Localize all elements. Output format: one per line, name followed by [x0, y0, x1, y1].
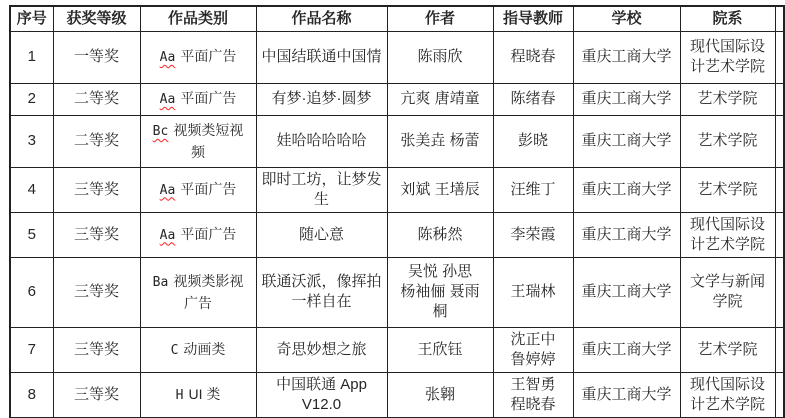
cropped-column-cell: [775, 83, 784, 115]
cell-teachers: 彭晓: [493, 115, 573, 167]
col-header-title: 作品名称: [256, 6, 387, 31]
cell-teachers: 沈正中 鲁婷婷: [493, 327, 573, 372]
cell-no: 5: [10, 212, 53, 257]
category-label: 动画类: [183, 341, 225, 357]
cell-title: 随心意: [256, 212, 387, 257]
table-row: 5 三等奖 Aa平面广告 随心意 陈秭然 李荣霞 重庆工商大学 现代国际设计艺术…: [10, 212, 784, 257]
category-label: 平面广告: [180, 181, 236, 197]
cell-no: 6: [10, 257, 53, 327]
cell-authors: 陈雨欣: [387, 31, 493, 83]
cell-category: Bc视频类短视频: [140, 115, 256, 167]
cell-no: 4: [10, 167, 53, 212]
category-code: H: [176, 388, 184, 403]
cell-category: C动画类: [140, 327, 256, 372]
col-header-school: 学校: [573, 6, 680, 31]
cell-department: 艺术学院: [680, 115, 775, 167]
cell-award-level: 三等奖: [53, 372, 140, 418]
cell-authors: 刘斌 王墡辰: [387, 167, 493, 212]
category-code: Aa: [160, 228, 176, 243]
category-code: Aa: [160, 183, 176, 198]
category-label: 平面广告: [180, 48, 236, 64]
cell-title: 有梦·追梦·圆梦: [256, 83, 387, 115]
cropped-column-cell: [775, 372, 784, 418]
cell-category: Aa平面广告: [140, 167, 256, 212]
cropped-column-header: [775, 6, 784, 31]
cell-authors: 陈秭然: [387, 212, 493, 257]
cell-department: 艺术学院: [680, 167, 775, 212]
col-header-award-level: 获奖等级: [53, 6, 140, 31]
cell-teachers: 李荣霞: [493, 212, 573, 257]
cell-department: 现代国际设计艺术学院: [680, 372, 775, 418]
cell-category: HUI 类: [140, 372, 256, 418]
cropped-column-cell: [775, 31, 784, 83]
cropped-column-cell: [775, 257, 784, 327]
cell-school: 重庆工商大学: [573, 372, 680, 418]
category-code: Ba: [153, 275, 169, 290]
cell-category: Ba视频类影视广告: [140, 257, 256, 327]
table-row: 1 一等奖 Aa平面广告 中国结联通中国情 陈雨欣 程晓春 重庆工商大学 现代国…: [10, 31, 784, 83]
cell-department: 艺术学院: [680, 327, 775, 372]
cell-department: 现代国际设计艺术学院: [680, 212, 775, 257]
cell-title: 联通沃派，像挥拍一样自在: [256, 257, 387, 327]
cell-teachers: 王瑞林: [493, 257, 573, 327]
table-row: 3 二等奖 Bc视频类短视频 娃哈哈哈哈哈 张美垚 杨蕾 彭晓 重庆工商大学 艺…: [10, 115, 784, 167]
col-header-category: 作品类别: [140, 6, 256, 31]
cell-authors: 亢爽 唐靖童: [387, 83, 493, 115]
category-label: UI 类: [188, 386, 220, 402]
col-header-teachers: 指导教师: [493, 6, 573, 31]
col-header-department: 院系: [680, 6, 775, 31]
cell-school: 重庆工商大学: [573, 257, 680, 327]
category-code: Aa: [160, 50, 176, 65]
cell-award-level: 三等奖: [53, 167, 140, 212]
cell-teachers: 汪维丁: [493, 167, 573, 212]
table-row: 4 三等奖 Aa平面广告 即时工坊，让梦发生 刘斌 王墡辰 汪维丁 重庆工商大学…: [10, 167, 784, 212]
cell-category: Aa平面广告: [140, 212, 256, 257]
cell-authors: 张美垚 杨蕾: [387, 115, 493, 167]
cell-school: 重庆工商大学: [573, 31, 680, 83]
cell-title: 娃哈哈哈哈哈: [256, 115, 387, 167]
col-header-no: 序号: [10, 6, 53, 31]
category-label: 视频类影视广告: [173, 273, 243, 311]
cell-department: 文学与新闻学院: [680, 257, 775, 327]
cell-school: 重庆工商大学: [573, 167, 680, 212]
cropped-column-cell: [775, 327, 784, 372]
cell-school: 重庆工商大学: [573, 115, 680, 167]
cell-authors: 吴悦 孙思 杨袖俪 聂雨桐: [387, 257, 493, 327]
cell-school: 重庆工商大学: [573, 83, 680, 115]
awards-table: 序号 获奖等级 作品类别 作品名称 作者 指导教师 学校 院系 1 一等奖 Aa…: [9, 5, 785, 418]
col-header-authors: 作者: [387, 6, 493, 31]
category-code: Bc: [153, 124, 169, 139]
cell-title: 中国结联通中国情: [256, 31, 387, 83]
cell-teachers: 程晓春: [493, 31, 573, 83]
cell-title: 即时工坊，让梦发生: [256, 167, 387, 212]
cell-award-level: 一等奖: [53, 31, 140, 83]
table-row: 8 三等奖 HUI 类 中国联通 App V12.0 张翱 王智勇 程晓春 重庆…: [10, 372, 784, 418]
cell-award-level: 三等奖: [53, 212, 140, 257]
document-page: 序号 获奖等级 作品类别 作品名称 作者 指导教师 学校 院系 1 一等奖 Aa…: [9, 5, 785, 418]
cell-teachers: 王智勇 程晓春: [493, 372, 573, 418]
cropped-column-cell: [775, 167, 784, 212]
cell-department: 艺术学院: [680, 83, 775, 115]
cell-school: 重庆工商大学: [573, 327, 680, 372]
cell-title: 中国联通 App V12.0: [256, 372, 387, 418]
cropped-column-cell: [775, 115, 784, 167]
cell-teachers: 陈绪春: [493, 83, 573, 115]
header-row: 序号 获奖等级 作品类别 作品名称 作者 指导教师 学校 院系: [10, 6, 784, 31]
cell-category: Aa平面广告: [140, 83, 256, 115]
cell-no: 3: [10, 115, 53, 167]
cell-award-level: 二等奖: [53, 83, 140, 115]
category-code: C: [171, 343, 179, 358]
cell-award-level: 三等奖: [53, 327, 140, 372]
cell-school: 重庆工商大学: [573, 212, 680, 257]
category-label: 平面广告: [180, 90, 236, 106]
cropped-column-cell: [775, 212, 784, 257]
cell-no: 1: [10, 31, 53, 83]
cell-award-level: 二等奖: [53, 115, 140, 167]
cell-no: 7: [10, 327, 53, 372]
cell-department: 现代国际设计艺术学院: [680, 31, 775, 83]
table-row: 6 三等奖 Ba视频类影视广告 联通沃派，像挥拍一样自在 吴悦 孙思 杨袖俪 聂…: [10, 257, 784, 327]
category-code: Aa: [160, 92, 176, 107]
cell-authors: 张翱: [387, 372, 493, 418]
cell-authors: 王欣钰: [387, 327, 493, 372]
category-label: 视频类短视频: [173, 122, 243, 160]
cell-category: Aa平面广告: [140, 31, 256, 83]
cell-title: 奇思妙想之旅: [256, 327, 387, 372]
table-row: 2 二等奖 Aa平面广告 有梦·追梦·圆梦 亢爽 唐靖童 陈绪春 重庆工商大学 …: [10, 83, 784, 115]
cell-no: 8: [10, 372, 53, 418]
category-label: 平面广告: [180, 226, 236, 242]
cell-no: 2: [10, 83, 53, 115]
table-row: 7 三等奖 C动画类 奇思妙想之旅 王欣钰 沈正中 鲁婷婷 重庆工商大学 艺术学…: [10, 327, 784, 372]
cell-award-level: 三等奖: [53, 257, 140, 327]
